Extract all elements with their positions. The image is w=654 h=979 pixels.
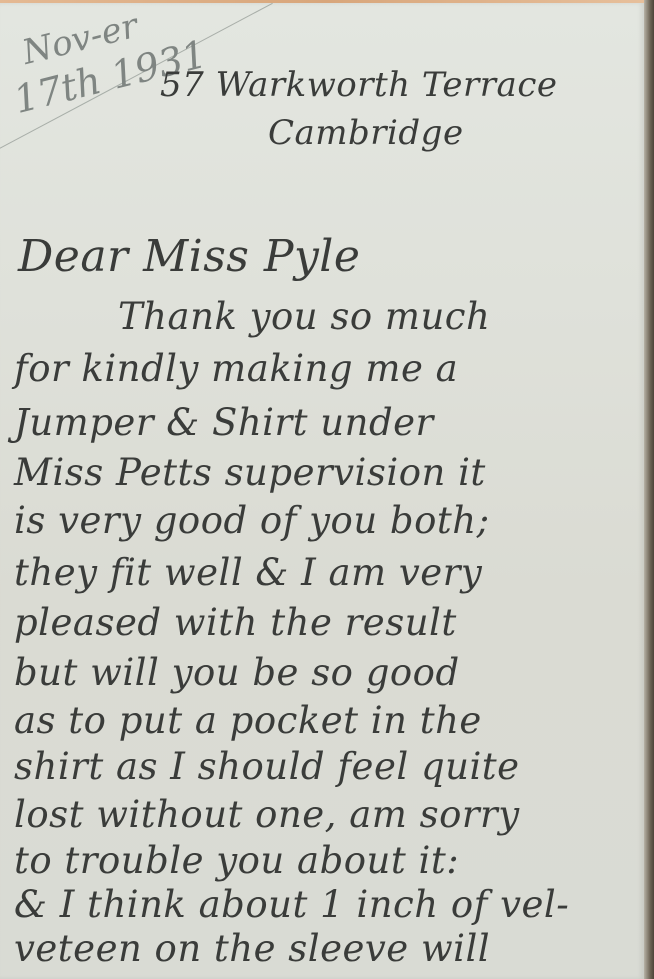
body-line: & I think about 1 inch of vel-	[14, 883, 569, 926]
body-line: Thank you so much	[118, 295, 490, 338]
address-city: Cambridge	[268, 113, 464, 153]
body-line: to trouble you about it:	[14, 839, 459, 882]
body-line: Jumper & Shirt under	[14, 401, 434, 444]
body-line: as to put a pocket in the	[14, 699, 482, 742]
salutation: Dear Miss Pyle	[18, 231, 360, 282]
body-line: for kindly making me a	[14, 347, 458, 390]
body-line: Miss Petts supervision it	[14, 451, 486, 494]
body-line: pleased with the result	[14, 601, 457, 644]
body-line: they fit well & I am very	[14, 551, 482, 594]
body-line: shirt as I should feel quite	[14, 745, 520, 788]
letter-paper: Nov-er 17th 1931 57 Warkworth Terrace Ca…	[0, 3, 644, 979]
body-line: lost without one, am sorry	[14, 793, 520, 836]
body-line: is very good of you both;	[14, 499, 490, 542]
body-line: but will you be so good	[14, 651, 460, 694]
address-street: 57 Warkworth Terrace	[160, 65, 557, 105]
body-line: veteen on the sleeve will	[14, 927, 490, 970]
wood-edge-right	[644, 0, 654, 979]
